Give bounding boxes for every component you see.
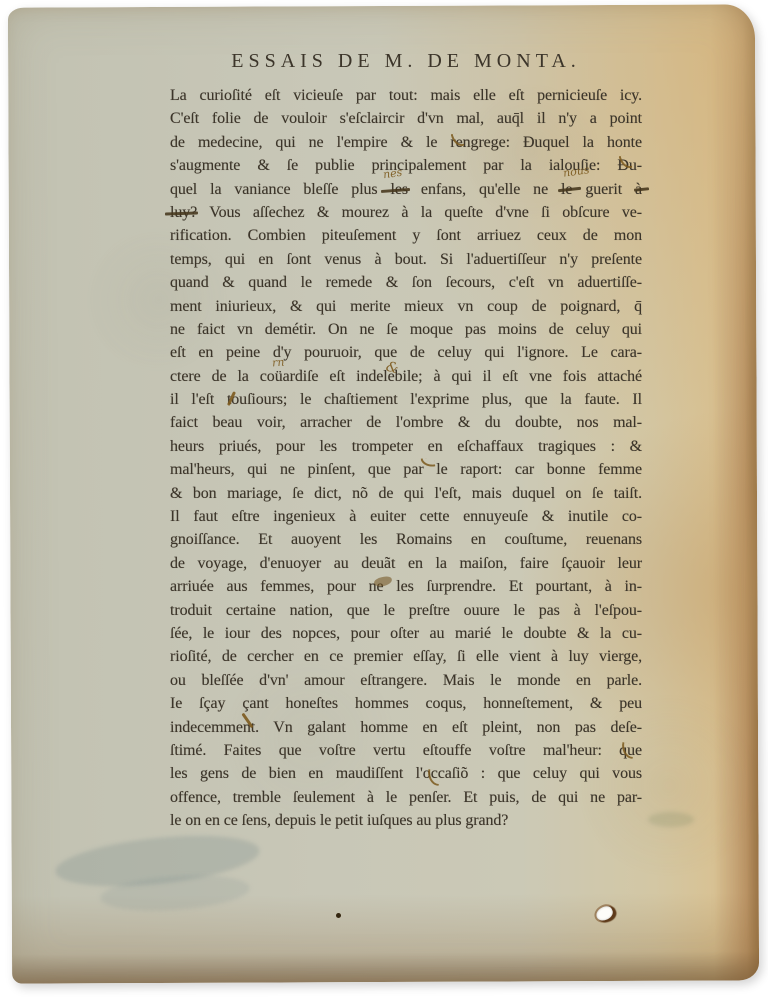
text-line: faict beau voir, arracher de l'ombre & d…	[170, 411, 642, 434]
text-line: luy? Vous aſſechez & mourez à la queſte …	[170, 201, 642, 224]
running-header: ESSAIS DE M. DE MONTA.	[176, 50, 636, 73]
text-line: s'augmente & ſe publie principalement pa…	[170, 154, 642, 177]
text-line: ou bleſſée d'vn' amour eſtrangere. Mais …	[170, 669, 642, 692]
text-block: La curioſité eſt vicieuſe par tout: mais…	[170, 84, 642, 833]
text-line: gnoiſſance. Et auoyent les Romains en co…	[170, 528, 642, 551]
text-line: ſtimé. Faites que voſtre vertu eſtouffe …	[170, 739, 642, 762]
text-line: Il faut eſtre ingenieux à euiter cette e…	[170, 505, 642, 528]
text-line: le on en ce ſens, depuis le petit iuſque…	[170, 809, 642, 832]
text-line: quel la vaniance bleſſe plus les enfans,…	[170, 178, 642, 201]
text-line: les gens de bien en maudiſſent l'occaſiõ…	[170, 762, 642, 785]
text-line: de voyage, d'enuoyer au deuãt en la maiſ…	[170, 552, 642, 575]
text-line: troduit certaine nation, que le preſtre …	[170, 599, 642, 622]
text-line: il l'eſt touſiours; le chaſtiement l'exp…	[170, 388, 642, 411]
text-line: C'eſt folie de vouloir s'eſclaircir d'vn…	[170, 107, 642, 130]
text-line: quand & quand le remede & ſon ſecours, c…	[170, 271, 642, 294]
text-line: mal'heurs, qui ne pinſent, que par le ra…	[170, 458, 642, 481]
text-line: La curioſité eſt vicieuſe par tout: mais…	[170, 84, 642, 107]
text-line: temps, qui en ſont venus à bout. Si l'ad…	[170, 248, 642, 271]
text-line: rioſité, de cercher en ce premier eſſay,…	[170, 645, 642, 668]
text-line: arriuée aus femmes, pour ne les ſurprend…	[170, 575, 642, 598]
text-line: indecemment. Vn galant homme en eſt plei…	[170, 716, 642, 739]
text-line: ment iniurieux, & qui merite mieux vn co…	[170, 295, 642, 318]
text-line: eſt en peine d'y pouruoir, que de celuy …	[170, 341, 642, 364]
text-line: ctere de la coüardiſe eſt indelebile; à …	[170, 365, 642, 388]
text-line: ſée, le iour des nopces, pour oſter au m…	[170, 622, 642, 645]
text-line: Ie ſçay çant honeſtes hommes coqus, honn…	[170, 692, 642, 715]
text-line: heurs priués, pour les trompeter en eſch…	[170, 435, 642, 458]
text-line: offence, tremble ſeulement à le penſer. …	[170, 786, 642, 809]
text-line: ne faict vn demétir. On ne ſe moque pas …	[170, 318, 642, 341]
text-line: & bon mariage, ſe dict, nõ de qui l'eſt,…	[170, 482, 642, 505]
scanned-book-page: ESSAIS DE M. DE MONTA. La curioſité eſt …	[0, 0, 768, 997]
text-line: rification. Combien piteuſement y ſont a…	[170, 224, 642, 247]
text-line: de medecine, qui ne l'empire & le rengre…	[170, 131, 642, 154]
